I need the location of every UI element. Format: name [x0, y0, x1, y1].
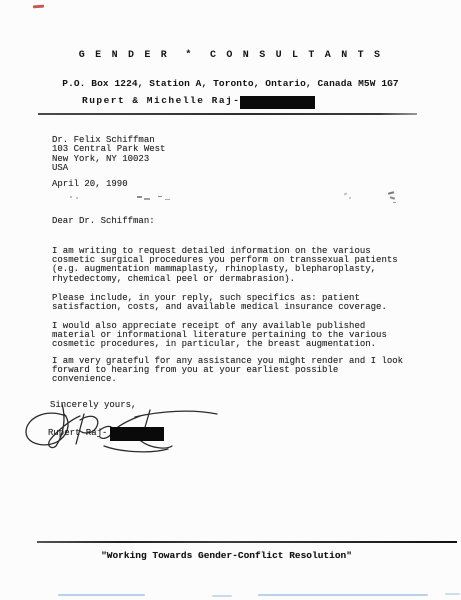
- redaction-box-header: [240, 96, 315, 109]
- footer-motto: "Working Towards Gender-Conflict Resolut…: [0, 550, 457, 561]
- scan-artifact: [158, 196, 162, 198]
- corner-red-mark: [33, 5, 44, 9]
- date-line: April 20, 1990: [52, 180, 128, 189]
- scan-artifact: [349, 197, 351, 199]
- scan-artifact-line: [445, 593, 460, 595]
- letterhead-org-name: G E N D E R * C O N S U L T A N T S: [0, 50, 461, 61]
- letterhead-address: P.O. Box 1224, Station A, Toronto, Ontar…: [0, 78, 461, 89]
- body-paragraph-4: I am very grateful for any assistance yo…: [52, 357, 403, 385]
- scan-artifact: [70, 196, 72, 198]
- scan-artifact-line: [212, 595, 232, 597]
- scan-artifact: [144, 198, 150, 200]
- letterhead-principals: Rupert & Michelle Raj-: [82, 95, 315, 109]
- scan-artifact: [390, 196, 395, 199]
- salutation: Dear Dr. Schiffman:: [52, 217, 155, 226]
- body-paragraph-1: I am writing to request detailed informa…: [52, 247, 398, 284]
- body-paragraph-3: I would also appreciate receipt of any a…: [52, 322, 387, 350]
- letterhead-rule: [38, 113, 417, 115]
- recipient-address-block: Dr. Felix Schiffman 103 Central Park Wes…: [52, 136, 165, 173]
- redaction-box-signature: [110, 427, 164, 441]
- scanned-letter: G E N D E R * C O N S U L T A N T S P.O.…: [0, 0, 461, 600]
- scan-artifact: [344, 193, 347, 196]
- scan-artifact: [137, 196, 142, 198]
- body-paragraph-2: Please include, in your reply, such spec…: [52, 294, 387, 313]
- scan-artifact: [388, 191, 394, 194]
- scan-artifact-line: [58, 594, 145, 596]
- scan-artifact: [76, 197, 78, 199]
- footer-rule: [37, 541, 457, 543]
- scan-artifact: [393, 202, 396, 204]
- scan-artifact-line: [258, 594, 428, 596]
- scan-artifact: [165, 199, 170, 201]
- letterhead-principals-text: Rupert & Michelle Raj-: [82, 95, 240, 106]
